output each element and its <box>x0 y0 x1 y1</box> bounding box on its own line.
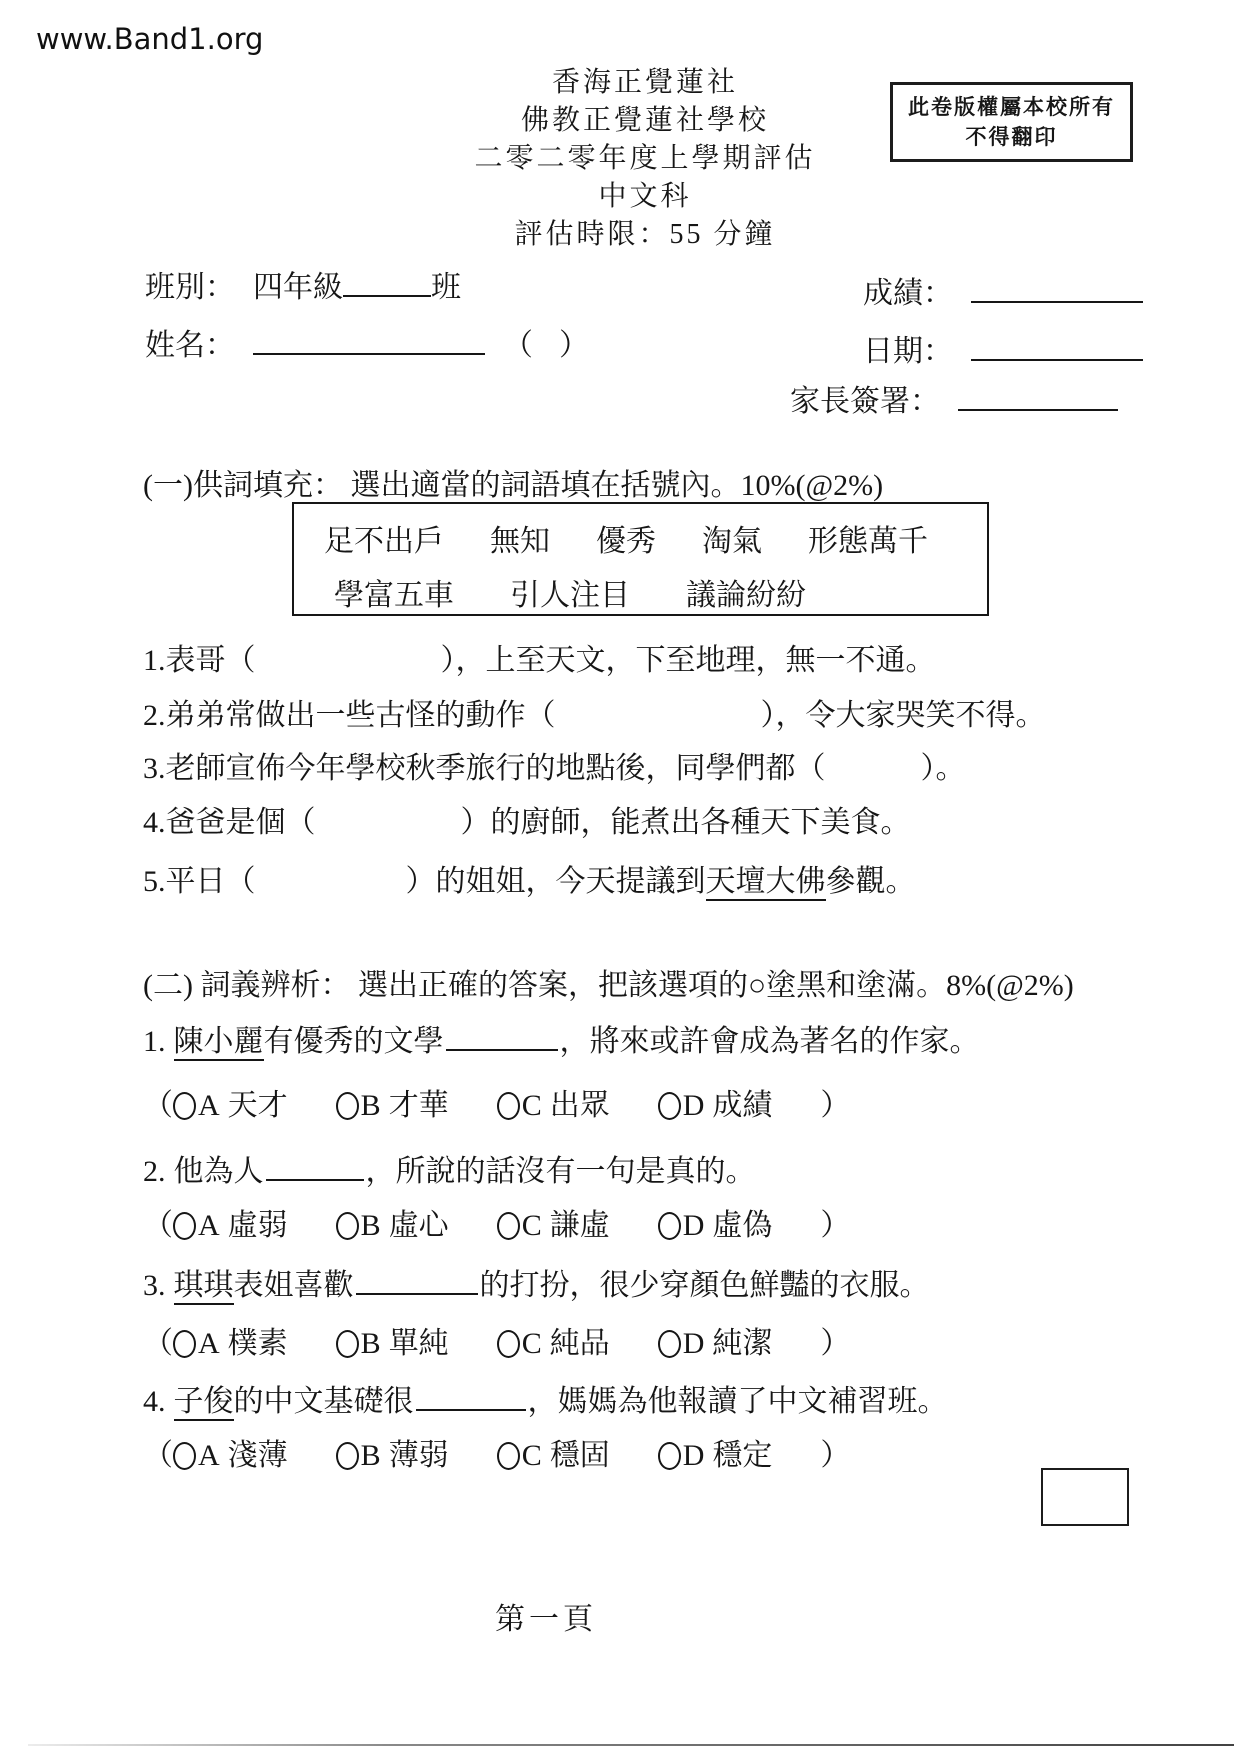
score-box <box>1041 1468 1129 1526</box>
option-bubble-icon <box>336 1442 359 1470</box>
name-blank-line <box>253 322 485 355</box>
section1-title: (一)供詞填充： 選出適當的詞語填在括號內。10%(@2%) <box>143 460 883 504</box>
mc-options-4: （A淺薄B薄弱C穩固D穩定） <box>143 1430 850 1474</box>
mc-question-2: 2.他為人，所說的話沒有一句是真的。 <box>143 1146 756 1190</box>
question-text-after: ，媽媽為他報讀了中文補習班。 <box>528 1385 948 1418</box>
parent-signature-label: 家長簽署： <box>790 385 940 418</box>
question-text-before: 表哥（ <box>166 644 256 677</box>
option-bubble-icon <box>497 1092 520 1120</box>
underlined-name: 陳小麗 <box>174 1025 264 1061</box>
question-number: 5. <box>143 865 166 898</box>
options-paren-open: （ <box>143 1209 173 1242</box>
score-blank-line <box>971 270 1143 303</box>
question-text-before: 平日（ <box>166 865 256 898</box>
option-text: 穩固 <box>550 1439 610 1472</box>
options-paren-open: （ <box>143 1439 173 1472</box>
option-letter: D <box>683 1439 705 1472</box>
option-bubble-icon <box>497 1212 520 1240</box>
option-bubble-icon <box>497 1330 520 1358</box>
option-text: 淺薄 <box>228 1439 288 1472</box>
option-letter: A <box>198 1439 220 1472</box>
question-text-after: ）。 <box>921 752 966 785</box>
underlined-place-name: 天壇大佛 <box>706 865 826 901</box>
underlined-name: 琪琪 <box>174 1269 234 1305</box>
option-text: 虛偽 <box>712 1209 772 1242</box>
class-number-paren-close: ） <box>559 329 589 362</box>
option-bubble-icon <box>336 1330 359 1358</box>
score-field: 成績： <box>863 268 1143 312</box>
copyright-line-1: 此卷版權屬本校所有 <box>908 92 1115 122</box>
option-text: 天才 <box>228 1089 288 1122</box>
question-text-before: 有優秀的文學 <box>264 1025 444 1058</box>
question-number: 4. <box>143 806 166 839</box>
option-text: 樸素 <box>228 1327 288 1360</box>
option-letter: D <box>683 1089 705 1122</box>
question-number: 2. <box>143 699 166 732</box>
class-number-paren-open: （ <box>503 329 533 362</box>
option-letter: A <box>198 1209 220 1242</box>
answer-blank-line <box>416 1379 526 1411</box>
word-bank-box: 足不出戶無知優秀淘氣形態萬千 學富五車引人注目議論紛紛 <box>292 502 989 616</box>
word-bank-word: 引人注目 <box>510 579 630 612</box>
option-bubble-icon <box>658 1330 681 1358</box>
parent-signature-field: 家長簽署： <box>790 376 1118 420</box>
option-letter: B <box>361 1439 381 1472</box>
question-text-after: ），上至天文，下至地理，無一不通。 <box>441 644 936 677</box>
question-text-after: ）的廚師，能煮出各種天下美食。 <box>461 806 911 839</box>
option-bubble-icon <box>658 1092 681 1120</box>
option-text: 才華 <box>389 1089 449 1122</box>
option-a: A虛弱 <box>173 1209 288 1242</box>
options-paren-open: （ <box>143 1327 173 1360</box>
option-bubble-icon <box>173 1442 196 1470</box>
bottom-rule-line <box>28 1744 1234 1746</box>
word-bank-word: 足不出戶 <box>324 525 444 558</box>
name-label: 姓名： <box>145 329 235 362</box>
option-b: B薄弱 <box>336 1439 449 1472</box>
mc-options-2: （A虛弱B虛心C謙虛D虛偽） <box>143 1200 850 1244</box>
option-c: C純品 <box>497 1327 610 1360</box>
question-text-after: ，將來或許會成為著名的作家。 <box>560 1025 980 1058</box>
option-b: B才華 <box>336 1089 449 1122</box>
answer-blank-line <box>446 1019 558 1051</box>
fill-in-question-3: 3.老師宣佈今年學校秋季旅行的地點後，同學們都（）。 <box>143 743 966 787</box>
option-bubble-icon <box>336 1212 359 1240</box>
fill-in-question-1: 1.表哥（），上至天文，下至地理，無一不通。 <box>143 635 936 679</box>
option-bubble-icon <box>336 1092 359 1120</box>
class-blank-line <box>343 264 431 297</box>
page-number: 第一頁 <box>495 1594 597 1638</box>
option-text: 純潔 <box>712 1327 772 1360</box>
class-field: 班別：四年級班 <box>145 262 461 306</box>
question-text-after: ），令大家哭笑不得。 <box>761 699 1046 732</box>
option-a: A淺薄 <box>173 1439 288 1472</box>
mc-question-4: 4.子俊的中文基礎很，媽媽為他報讀了中文補習班。 <box>143 1376 948 1420</box>
option-letter: B <box>361 1209 381 1242</box>
word-bank-word: 優秀 <box>596 525 656 558</box>
section2-title: (二) 詞義辨析： 選出正確的答案，把該選項的○塗黑和塗滿。8%(@2%) <box>143 960 1074 1004</box>
option-bubble-icon <box>658 1212 681 1240</box>
option-b: B單純 <box>336 1327 449 1360</box>
question-number: 4. <box>143 1385 166 1418</box>
fill-in-question-4: 4.爸爸是個（）的廚師，能煮出各種天下美食。 <box>143 797 911 841</box>
word-bank-row-1: 足不出戶無知優秀淘氣形態萬千 <box>324 516 987 560</box>
option-d: D成績 <box>658 1089 773 1122</box>
option-letter: C <box>522 1439 542 1472</box>
option-d: D虛偽 <box>658 1209 773 1242</box>
exam-paper-page: www.Band1.org 香海正覺蓮社 佛教正覺蓮社學校 二零二零年度上學期評… <box>0 0 1240 1754</box>
option-c: C出眾 <box>497 1089 610 1122</box>
option-c: C穩固 <box>497 1439 610 1472</box>
option-letter: B <box>361 1089 381 1122</box>
mc-question-1: 1.陳小麗有優秀的文學，將來或許會成為著名的作家。 <box>143 1016 980 1060</box>
option-bubble-icon <box>658 1442 681 1470</box>
question-text-before: 爸爸是個（ <box>166 806 316 839</box>
options-paren-close: ） <box>820 1089 850 1122</box>
parent-signature-blank-line <box>958 378 1118 411</box>
date-field: 日期： <box>863 326 1143 370</box>
question-text-after: ，所說的話沒有一句是真的。 <box>366 1155 756 1188</box>
option-letter: C <box>522 1209 542 1242</box>
class-suffix: 班 <box>431 271 461 304</box>
option-text: 純品 <box>550 1327 610 1360</box>
answer-blank-line <box>356 1263 478 1295</box>
question-text-mid: ）的姐姐，今天提議到 <box>406 865 706 898</box>
question-text-before: 弟弟常做出一些古怪的動作（ <box>166 699 556 732</box>
option-a: A樸素 <box>173 1327 288 1360</box>
underlined-name: 子俊 <box>174 1385 234 1421</box>
options-paren-close: ） <box>820 1439 850 1472</box>
option-bubble-icon <box>173 1330 196 1358</box>
question-number: 3. <box>143 1269 166 1302</box>
option-letter: D <box>683 1209 705 1242</box>
option-text: 薄弱 <box>389 1439 449 1472</box>
question-number: 1. <box>143 1025 166 1058</box>
class-grade: 四年級 <box>253 271 343 304</box>
option-letter: D <box>683 1327 705 1360</box>
word-bank-word: 議論紛紛 <box>686 579 806 612</box>
option-d: D穩定 <box>658 1439 773 1472</box>
word-bank-word: 淘氣 <box>702 525 762 558</box>
date-blank-line <box>971 328 1143 361</box>
option-letter: A <box>198 1327 220 1360</box>
question-number: 2. <box>143 1155 166 1188</box>
question-text-before: 他為人 <box>174 1155 264 1188</box>
option-b: B虛心 <box>336 1209 449 1242</box>
question-text-after: 參觀。 <box>826 865 916 898</box>
subject-title: 中文科 <box>200 178 1090 216</box>
fill-in-question-5: 5.平日（）的姐姐，今天提議到天壇大佛參觀。 <box>143 856 916 900</box>
question-number: 1. <box>143 644 166 677</box>
mc-question-3: 3.琪琪表姐喜歡的打扮，很少穿顏色鮮豔的衣服。 <box>143 1260 930 1304</box>
option-letter: C <box>522 1089 542 1122</box>
option-text: 謙虛 <box>550 1209 610 1242</box>
option-text: 穩定 <box>712 1439 772 1472</box>
mc-options-1: （A天才B才華C出眾D成績） <box>143 1080 850 1124</box>
fill-in-question-2: 2.弟弟常做出一些古怪的動作（），令大家哭笑不得。 <box>143 690 1046 734</box>
copyright-notice-box: 此卷版權屬本校所有 不得翻印 <box>890 82 1133 162</box>
question-text-before: 的中文基礎很 <box>234 1385 414 1418</box>
option-letter: B <box>361 1327 381 1360</box>
word-bank-word: 學富五車 <box>334 579 454 612</box>
option-bubble-icon <box>497 1442 520 1470</box>
answer-blank-line <box>266 1149 364 1181</box>
mc-options-3: （A樸素B單純C純品D純潔） <box>143 1318 850 1362</box>
option-text: 出眾 <box>550 1089 610 1122</box>
name-field: 姓名：（） <box>145 320 589 364</box>
copyright-line-2: 不得翻印 <box>966 122 1058 152</box>
word-bank-word: 形態萬千 <box>808 525 928 558</box>
date-label: 日期： <box>863 335 953 368</box>
time-limit: 評估時限：55 分鐘 <box>200 216 1090 254</box>
question-number: 3. <box>143 752 166 785</box>
option-text: 虛弱 <box>228 1209 288 1242</box>
option-text: 虛心 <box>389 1209 449 1242</box>
option-text: 單純 <box>389 1327 449 1360</box>
option-letter: C <box>522 1327 542 1360</box>
option-bubble-icon <box>173 1212 196 1240</box>
word-bank-word: 無知 <box>490 525 550 558</box>
score-label: 成績： <box>863 277 953 310</box>
option-text: 成績 <box>712 1089 772 1122</box>
watermark-text: www.Band1.org <box>36 22 263 56</box>
question-text-before: 表姐喜歡 <box>234 1269 354 1302</box>
question-text-after: 的打扮，很少穿顏色鮮豔的衣服。 <box>480 1269 930 1302</box>
option-bubble-icon <box>173 1092 196 1120</box>
options-paren-close: ） <box>820 1327 850 1360</box>
option-a: A天才 <box>173 1089 288 1122</box>
options-paren-open: （ <box>143 1089 173 1122</box>
option-letter: A <box>198 1089 220 1122</box>
word-bank-row-2: 學富五車引人注目議論紛紛 <box>334 570 987 614</box>
question-text-before: 老師宣佈今年學校秋季旅行的地點後，同學們都（ <box>166 752 826 785</box>
options-paren-close: ） <box>820 1209 850 1242</box>
option-c: C謙虛 <box>497 1209 610 1242</box>
option-d: D純潔 <box>658 1327 773 1360</box>
class-label: 班別： <box>145 271 235 304</box>
